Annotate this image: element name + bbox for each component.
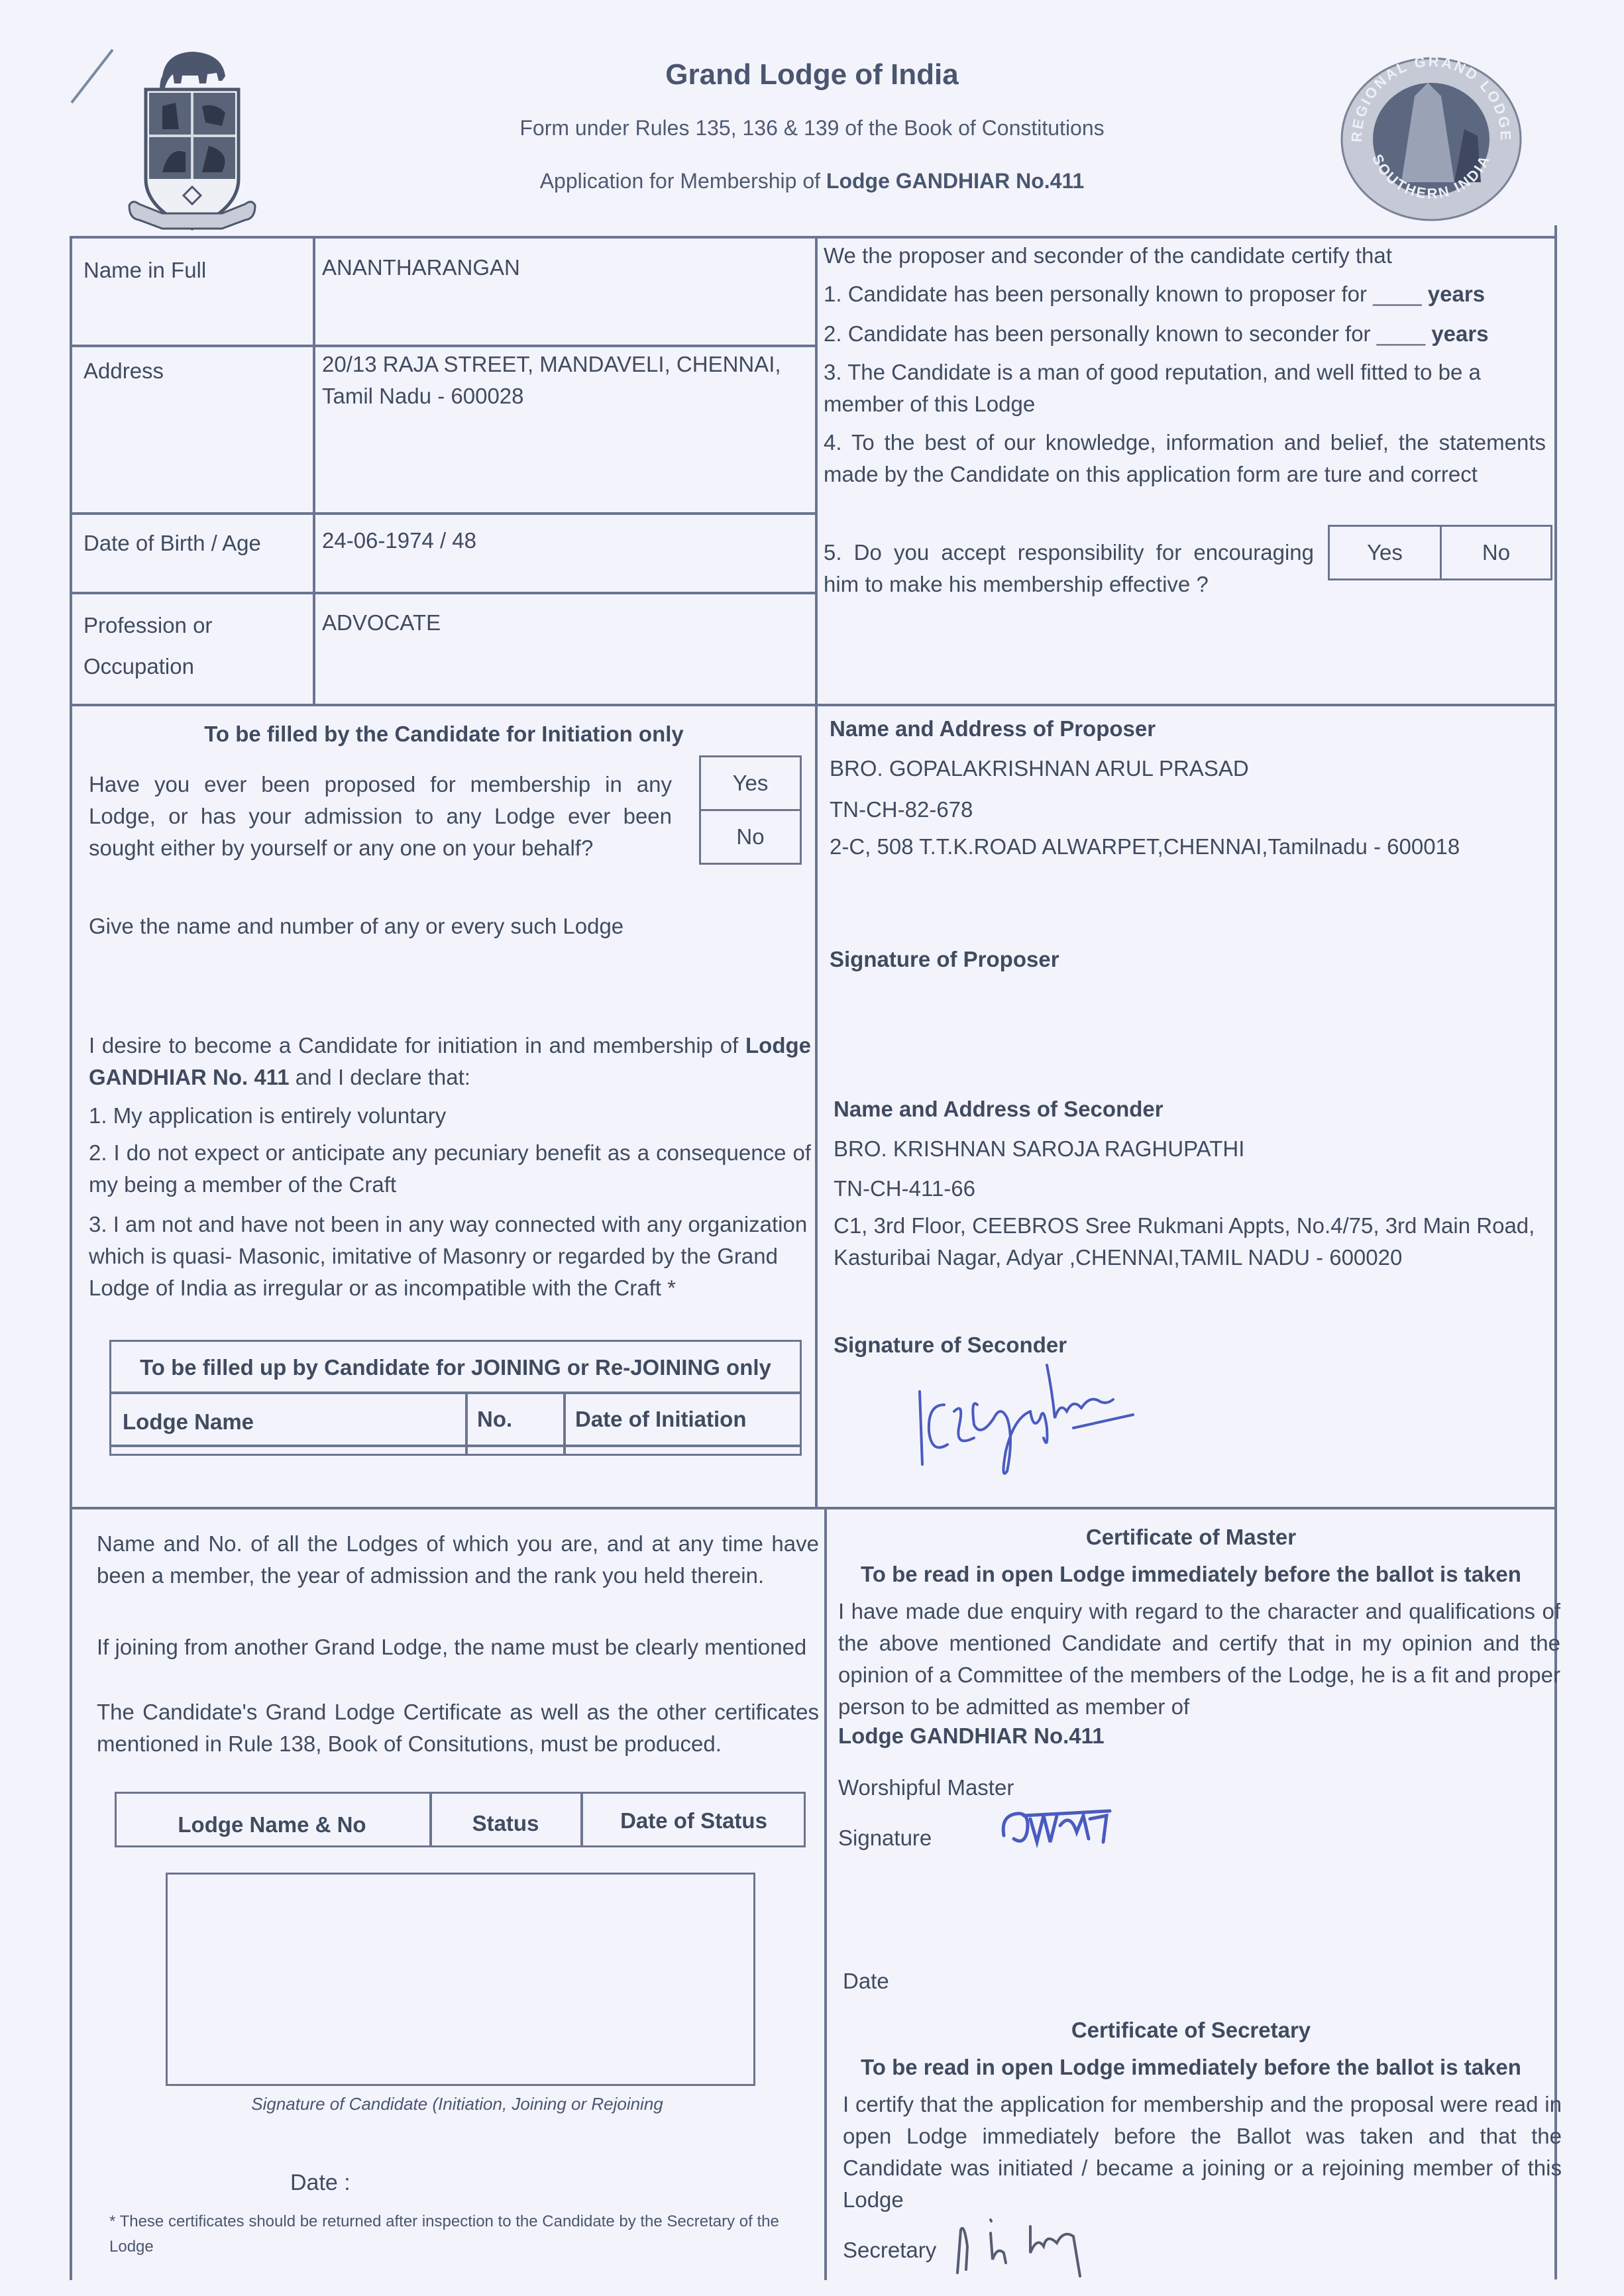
candidate-signature-box[interactable] — [166, 1873, 755, 2086]
initiation-no-box[interactable]: No — [699, 809, 802, 865]
proposer-heading: Name and Address of Proposer — [830, 713, 1156, 745]
candidate-signature-caption: Signature of Candidate (Initiation, Join… — [106, 2094, 808, 2114]
certify-item-4: 4. To the best of our knowledge, informa… — [824, 427, 1546, 490]
seconder-reg-no[interactable]: TN-CH-411-66 — [834, 1173, 975, 1205]
certify-yes-box[interactable]: Yes — [1328, 525, 1442, 580]
declaration-3: 3. I am not and have not been in any way… — [89, 1209, 814, 1304]
value-profession[interactable]: ADVOCATE — [322, 607, 441, 639]
proposer-signature-label: Signature of Proposer — [830, 944, 1059, 975]
initiation-yes-box[interactable]: Yes — [699, 755, 802, 811]
seconder-address[interactable]: C1, 3rd Floor, CEEBROS Sree Rukmani Appt… — [834, 1210, 1536, 1274]
secretary-certificate-title: Certificate of Secretary — [828, 2014, 1554, 2046]
label-address: Address — [83, 355, 164, 387]
col-status: Status — [431, 1808, 580, 1839]
initiation-question: Have you ever been proposed for membersh… — [89, 769, 672, 864]
certify-item-3: 3. The Candidate is a man of good reputa… — [824, 356, 1546, 420]
membership-para-1: Name and No. of all the Lodges of which … — [97, 1528, 819, 1592]
worshipful-master-label: Worshipful Master — [838, 1772, 1014, 1804]
value-address-line1[interactable]: 20/13 RAJA STREET, MANDAVELI, CHENNAI, — [322, 349, 781, 380]
master-certificate-lodge: Lodge GANDHIAR No.411 — [838, 1720, 1105, 1752]
master-certificate-subtitle: To be read in open Lodge immediately bef… — [828, 1558, 1554, 1590]
seconder-years-blank[interactable]: ____ — [1377, 321, 1425, 346]
master-certificate-body: I have made due enquiry with regard to t… — [838, 1596, 1560, 1722]
label-profession: Profession or — [83, 610, 212, 641]
label-date-of-birth-age: Date of Birth / Age — [83, 527, 261, 559]
seconder-heading: Name and Address of Seconder — [834, 1093, 1164, 1125]
certificates-footnote: * These certificates should be returned … — [109, 2209, 812, 2260]
declaration-2: 2. I do not expect or anticipate any pec… — [89, 1137, 811, 1201]
proposer-signature-area[interactable] — [830, 981, 1545, 1073]
col-no: No. — [477, 1403, 512, 1435]
proposer-reg-no[interactable]: TN-CH-82-678 — [830, 794, 973, 826]
application-lodge: Lodge GANDHIAR No.411 — [826, 169, 1084, 193]
candidate-date-label[interactable]: Date : — [290, 2167, 351, 2199]
application-prefix: Application for Membership of — [540, 169, 826, 193]
secretary-signature-icon[interactable] — [947, 2207, 1107, 2279]
initiation-heading: To be filled by the Candidate for Initia… — [73, 718, 815, 750]
label-occupation: Occupation — [83, 651, 194, 683]
seconder-signature-icon[interactable] — [908, 1339, 1153, 1484]
proposer-years-blank[interactable]: ____ — [1373, 282, 1421, 306]
master-certificate-title: Certificate of Master — [828, 1521, 1554, 1553]
certify-item-5: 5. Do you accept responsibility for enco… — [824, 537, 1314, 600]
master-signature-icon[interactable] — [997, 1806, 1113, 1852]
secretary-certificate-subtitle: To be read in open Lodge immediately bef… — [828, 2051, 1554, 2083]
give-lodge-name-prompt: Give the name and number of any or every… — [89, 910, 623, 942]
value-date-of-birth-age[interactable]: 24-06-1974 / 48 — [322, 525, 476, 557]
col-lodge-name: Lodge Name — [123, 1406, 254, 1438]
label-name-in-full: Name in Full — [83, 254, 206, 286]
certify-intro: We the proposer and seconder of the cand… — [824, 240, 1392, 272]
declaration-1: 1. My application is entirely voluntary — [89, 1100, 446, 1132]
joining-table-title: To be filled up by Candidate for JOINING… — [109, 1352, 802, 1384]
proposer-name[interactable]: BRO. GOPALAKRISHNAN ARUL PRASAD — [830, 753, 1249, 785]
certify-item-1: 1. Candidate has been personally known t… — [824, 278, 1546, 310]
regional-grand-lodge-seal-icon: REGIONAL GRAND LODGE SOUTHERN INDIA — [1335, 56, 1527, 222]
desire-statement: I desire to become a Candidate for initi… — [89, 1030, 811, 1093]
secretary-certificate-body: I certify that the application for membe… — [843, 2089, 1562, 2215]
membership-para-3: The Candidate's Grand Lodge Certificate … — [97, 1696, 819, 1760]
master-signature-label: Signature — [838, 1822, 932, 1854]
membership-para-2: If joining from another Grand Lodge, the… — [97, 1631, 819, 1663]
col-date-of-initiation: Date of Initiation — [575, 1403, 747, 1435]
seconder-name[interactable]: BRO. KRISHNAN SAROJA RAGHUPATHI — [834, 1133, 1244, 1165]
master-date-label[interactable]: Date — [843, 1965, 889, 1997]
certify-no-box[interactable]: No — [1440, 525, 1552, 580]
value-name-in-full[interactable]: ANANTHARANGAN — [322, 252, 520, 284]
value-address-line2[interactable]: Tamil Nadu - 600028 — [322, 380, 524, 412]
secretary-signature-label: Secretary — [843, 2234, 936, 2266]
certify-item-2: 2. Candidate has been personally known t… — [824, 318, 1546, 350]
col-date-of-status: Date of Status — [582, 1805, 806, 1837]
col-lodge-name-no: Lodge Name & No — [115, 1809, 429, 1841]
proposer-address[interactable]: 2-C, 508 T.T.K.ROAD ALWARPET,CHENNAI,Tam… — [830, 831, 1460, 863]
